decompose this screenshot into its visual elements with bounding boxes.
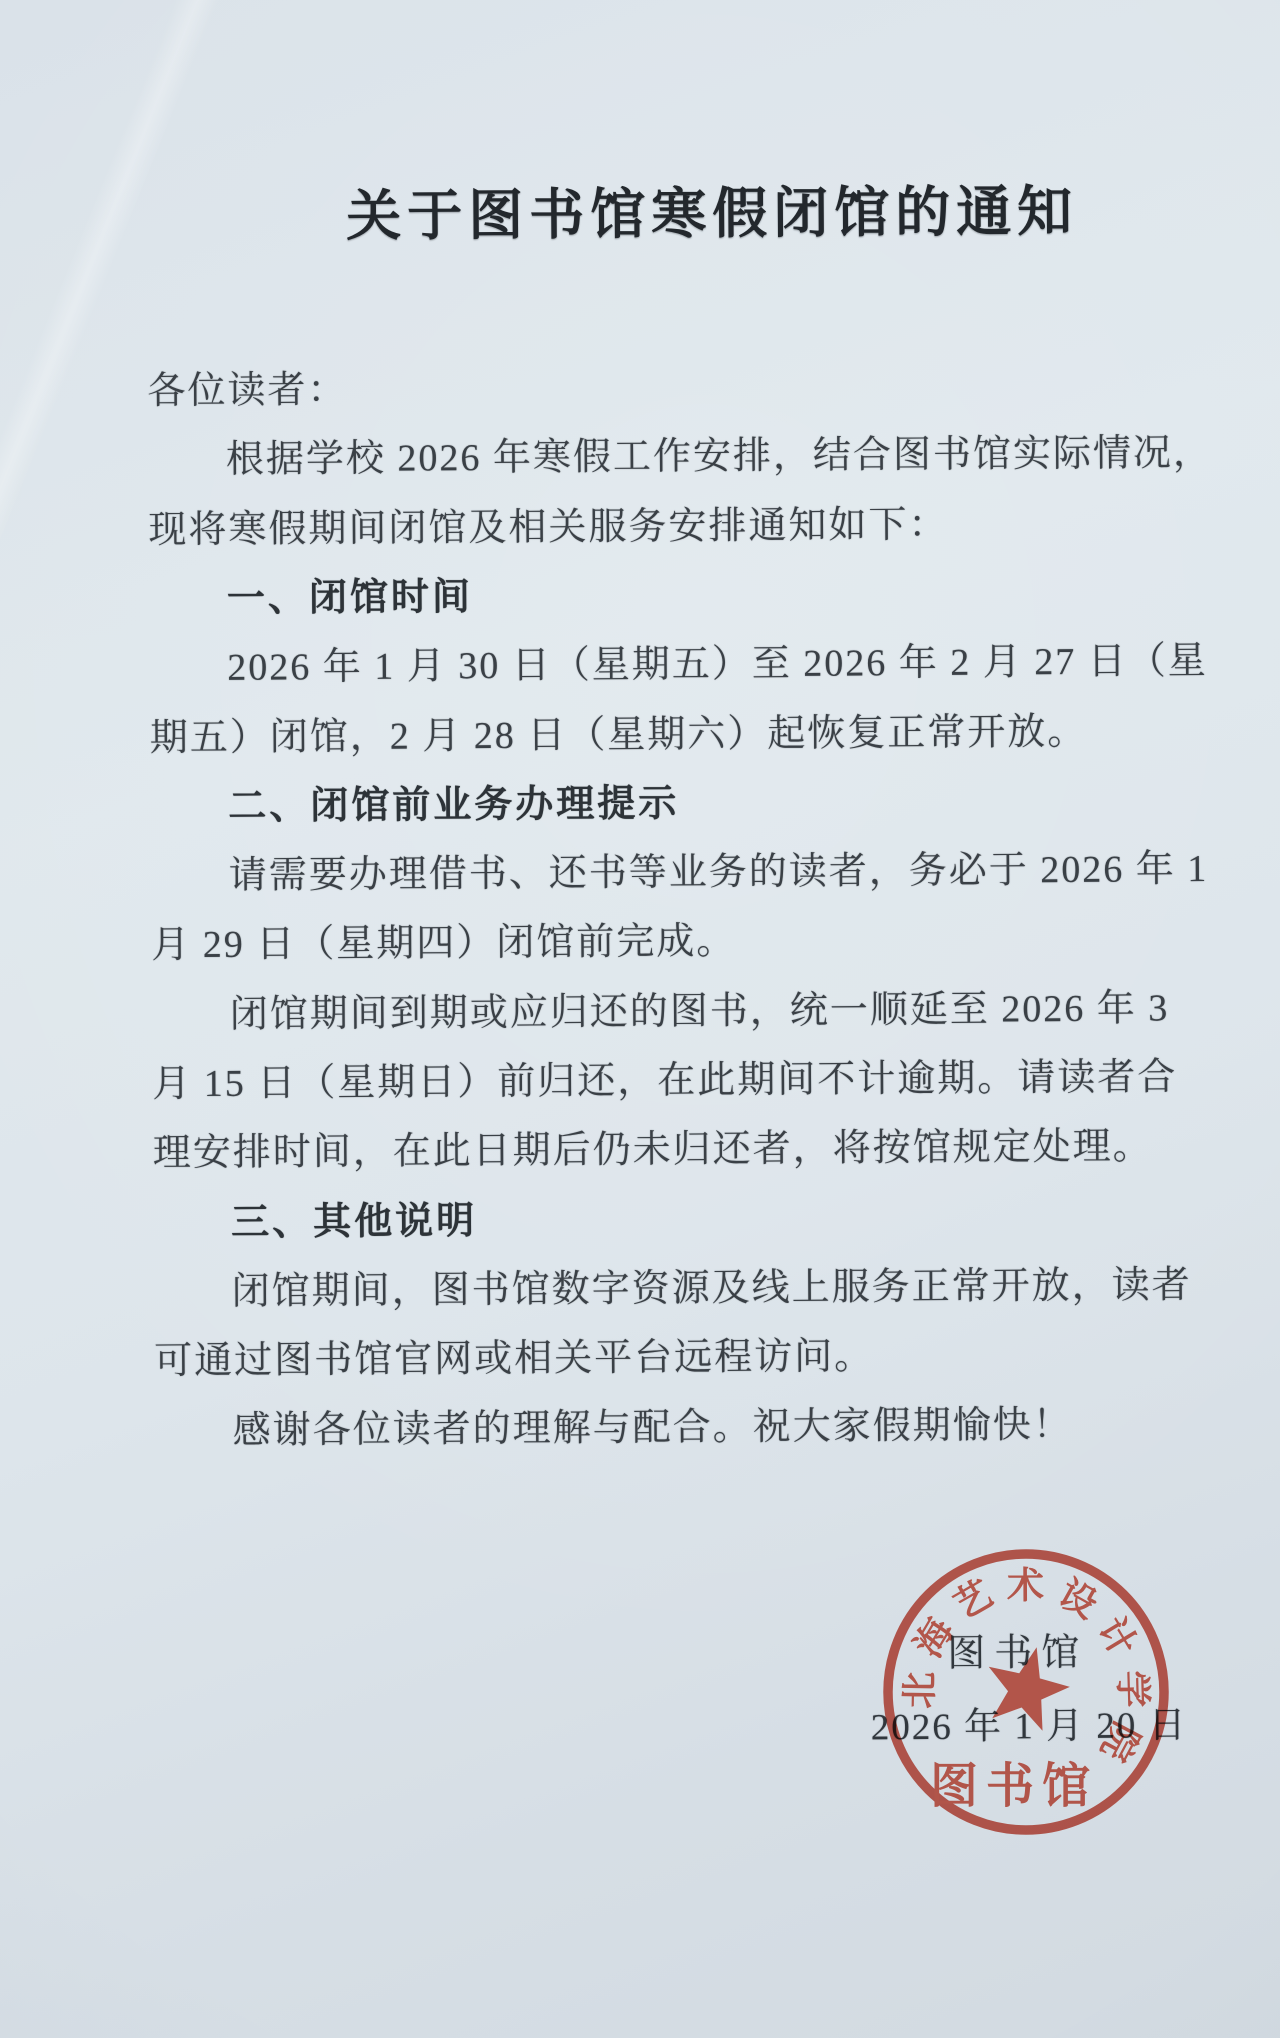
seal-arc-char: 术 [1007,1565,1044,1607]
star-icon [977,1637,1077,1734]
body-line: 闭馆期间到期或应归还的图书，统一顺延至 2026 年 3 [230,986,1170,1038]
section-heading-1: 一、闭馆时间 [227,575,473,622]
body-line: 月 15 日（星期日）前归还，在此期间不计逾期。请读者合 [152,1055,1177,1108]
seal-arc-char: 计 [1089,1610,1144,1663]
notice-title: 关于图书馆寒假闭馆的通知 [346,167,1079,251]
salutation: 各位读者： [147,368,347,415]
section-heading-2: 二、闭馆前业务办理提示 [228,782,679,831]
body-line: 2026 年 1 月 30 日（星期五）至 2026 年 2 月 27 日（星 [227,639,1208,691]
notice-document: 关于图书馆寒假闭馆的通知 各位读者： 根据学校 2026 年寒假工作安排，结合图… [0,0,1280,2038]
closing-line: 感谢各位读者的理解与配合。祝大家假期愉快！ [233,1403,1073,1454]
seal-arc-char: 设 [1051,1572,1104,1627]
intro-line: 现将寒假期间闭馆及相关服务安排通知如下： [148,503,948,554]
body-line: 闭馆期间，图书馆数字资源及线上服务正常开放，读者 [232,1263,1192,1315]
library-seal: 北 海 艺 术 设 计 学 院 图书馆 [864,1530,1188,1854]
body-line: 请需要办理借书、还书等业务的读者，务必于 2026 年 1 [229,847,1209,899]
body-line: 月 29 日（星期四）闭馆前完成。 [151,919,736,969]
body-line: 可通过图书馆官网或相关平台远程访问。 [154,1334,874,1385]
seal-arc-char: 院 [1092,1716,1146,1768]
body-line: 期五）闭馆，2 月 28 日（星期六）起恢复正常开放。 [150,710,1088,762]
body-line: 理安排时间，在此日期后仍未归还者，将按馆规定处理。 [153,1124,1153,1177]
intro-line: 根据学校 2026 年寒假工作安排，结合图书馆实际情况， [226,431,1213,483]
seal-arc-char: 艺 [947,1573,1000,1628]
seal-arc-char: 北 [900,1671,942,1709]
seal-bottom-text: 图书馆 [930,1760,1098,1813]
seal-arc-char: 海 [907,1611,962,1664]
section-heading-3: 三、其他说明 [231,1199,477,1246]
seal-arc-char: 学 [1110,1670,1153,1708]
